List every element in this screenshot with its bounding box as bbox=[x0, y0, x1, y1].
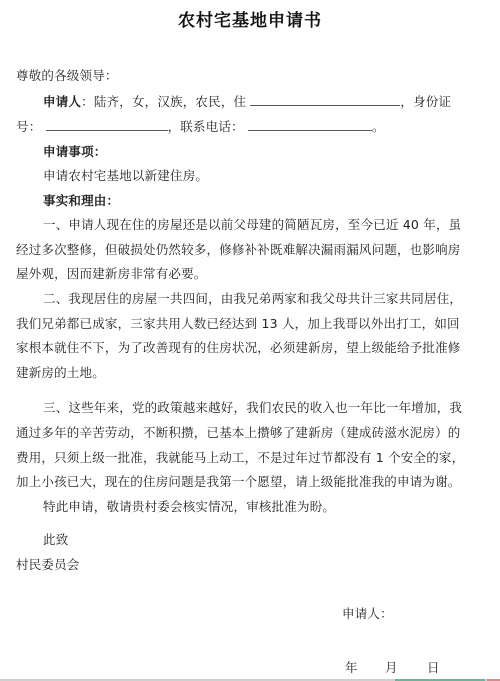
address-blank[interactable] bbox=[250, 93, 400, 106]
applicant-details: 陆齐，女，汉族，农民，住 bbox=[94, 94, 246, 109]
document-title: 农村宅基地申请书 bbox=[0, 6, 500, 31]
applicant-label: 申请人 bbox=[43, 94, 81, 109]
closing-text: 特此申请，敬请贵村委会核实情况，审核批准为盼。 bbox=[43, 497, 335, 515]
reason-line: 费用，只须上级一批准，我就能马上动工，不是过年过节都没有 1 个安全的家， bbox=[16, 448, 464, 466]
reason-line: 经过多次整修，但破损处仍然较多，修修补补既难解决漏雨漏风问题，也影响房 bbox=[16, 240, 461, 258]
phone-label: ，联系电话： bbox=[168, 119, 244, 134]
signature-label: 申请人： bbox=[342, 604, 393, 622]
reason-line: 一、申请人现在住的房屋还是以前父母建的简陋瓦房，至今已近 40 年，虽 bbox=[43, 215, 461, 233]
reason-line: 屋外观，因而建新房非常有必要。 bbox=[16, 264, 207, 282]
reason-line: 二、我现居住的房屋一共四间，由我兄弟两家和我父母共计三家共同居住， bbox=[43, 289, 462, 307]
reason-line: 加上小孩已大，现在的住房问题是我第一个愿望，请上级能批准我的申请为谢。 bbox=[16, 472, 461, 490]
request-text: 申请农村宅基地以新建住房。 bbox=[43, 166, 208, 184]
salutation: 尊敬的各级领导： bbox=[16, 66, 118, 84]
id-prefix: 号： bbox=[16, 119, 41, 134]
id-number-blank[interactable] bbox=[46, 118, 168, 131]
reason-line: 建新房的土地。 bbox=[16, 363, 105, 381]
reason-line: 家根本就住不下，为了改善现有的住房状况，必须建新房，望上级能给予批准修 bbox=[16, 338, 461, 356]
applicant-line: 申请人：陆齐，女，汉族，农民，住 ，身份证 bbox=[43, 92, 451, 110]
phone-blank[interactable] bbox=[248, 118, 372, 131]
reason-line: 三、这些年来，党的政策越来越好，我们农民的收入也一年比一年增加，我 bbox=[43, 398, 462, 416]
request-heading: 申请事项： bbox=[43, 142, 107, 160]
date-month: 月 bbox=[385, 658, 398, 676]
regards-text: 此致 bbox=[43, 530, 68, 548]
date-day: 日 bbox=[427, 658, 440, 676]
applicant-colon: ： bbox=[81, 94, 94, 109]
reason-line: 我们兄弟都已成家，三家共用人数已经达到 13 人，加上我哥以外出打工，如回 bbox=[16, 314, 460, 332]
reasons-heading: 事实和理由： bbox=[43, 191, 119, 209]
reason-line: 通过多年的辛苦劳动，不断积攒，已基本上攒够了建新房（建成砖滋水泥房）的 bbox=[16, 423, 461, 441]
contact-line: 号： ，联系电话： 。 bbox=[16, 117, 385, 135]
recipient-text: 村民委员会 bbox=[16, 555, 80, 573]
date-year: 年 bbox=[345, 658, 358, 676]
contact-end: 。 bbox=[372, 119, 385, 134]
id-label: ，身份证 bbox=[400, 94, 451, 109]
